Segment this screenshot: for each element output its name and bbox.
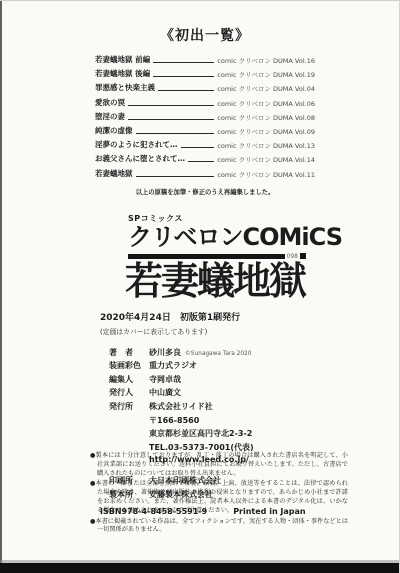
chapter-source: comic クリベロン DUMA Vol.06 (217, 99, 315, 108)
chapter-source: comic クリベロン DUMA Vol.11 (217, 170, 315, 179)
list-item: 若妻蟻地獄 comic クリベロン DUMA Vol.11 (95, 168, 315, 179)
leader-line (181, 147, 215, 148)
leader-line (136, 133, 215, 134)
leader-line (136, 176, 215, 177)
leader-line (128, 119, 214, 120)
street-address: 東京都杉並区高円寺北2-3-2 (149, 428, 315, 439)
edition-block: 2020年4月24日 初版第1刷発行 (定価はカバーに表示してあります) (100, 310, 315, 336)
chapter-title: 若妻蟻地獄 (95, 168, 133, 179)
notice-fiction: ●本書に掲載されている作品は、全てフィクションです。実在する人物・団体・事件など… (90, 518, 348, 536)
chapter-title: 純潔の虚像 (95, 125, 133, 136)
chapter-source: comic クリベロン DUMA Vol.09 (217, 127, 315, 136)
credit-label: 装画彩色 (109, 360, 149, 371)
leader-line (153, 76, 214, 77)
credit-label: 発行人 (109, 387, 149, 398)
list-item: 若妻蟻地獄 後編 comic クリベロン DUMA Vol.19 (95, 68, 315, 79)
content-column: 《初出一覧》 若妻蟻地獄 前編 comic クリベロン DUMA Vol.16 … (95, 25, 315, 516)
credit-label: 著 者 (109, 347, 149, 358)
credit-label: 編集人 (109, 374, 149, 385)
credit-row-editor: 編集人 寺岡卓哉 (109, 374, 315, 385)
list-item: 愛欲の罠 comic クリベロン DUMA Vol.06 (95, 97, 315, 108)
reedit-note: 以上の原稿を加筆・修正のうえ再編集しました。 (95, 187, 315, 196)
chapter-title: 若妻蟻地獄 後編 (95, 68, 150, 79)
chapter-source: comic クリベロン DUMA Vol.19 (217, 70, 315, 79)
credit-value: 寺岡卓哉 (149, 374, 181, 385)
price-note: (定価はカバーに表示してあります) (100, 326, 315, 336)
chapter-title: 淫夢のように犯されて… (95, 139, 178, 150)
credit-row-publisher-company: 発行所 株式会社リイド社 (109, 401, 315, 412)
list-item: 堕淫の妻 comic クリベロン DUMA Vol.08 (95, 111, 315, 122)
chapter-title: 堕淫の妻 (95, 111, 125, 122)
notice-copyright: ●本書の一部または全部を無断で複製、転載、上演、放送等をすることは、法律で認めら… (90, 480, 348, 515)
first-publication-list: 若妻蟻地獄 前編 comic クリベロン DUMA Vol.16 若妻蟻地獄 後… (95, 54, 315, 179)
colophon-page: 《初出一覧》 若妻蟻地獄 前編 comic クリベロン DUMA Vol.16 … (0, 0, 400, 573)
credit-row-coloring: 装画彩色 重力式ラジオ (109, 360, 315, 371)
imprint-series-large: クリベロンCOMiCS (128, 225, 306, 250)
imprint-series-small: SPコミックス (128, 213, 306, 224)
book-title: 若妻蟻地獄 (125, 262, 317, 302)
imprint-logo: SPコミックス クリベロンCOMiCS 098 (128, 213, 306, 260)
leader-line (158, 90, 214, 91)
legal-notices: ●製本には十分注意しておりますが、乱丁・落丁の場合は購入された書店名を明記して、… (90, 452, 348, 535)
chapter-title: 罪悪感と快楽主義 (95, 82, 155, 93)
list-item: 若妻蟻地獄 前編 comic クリベロン DUMA Vol.16 (95, 54, 315, 65)
scan-edge-left (0, 1, 2, 573)
credit-value: 中山廣文 (149, 387, 181, 398)
notice-binding: ●製本には十分注意しておりますが、乱丁・落丁の場合は購入された書店名を明記して、… (90, 452, 348, 478)
leader-line (153, 62, 214, 63)
first-publication-header: 《初出一覧》 (95, 25, 315, 45)
credit-value: 砂川多良 (149, 347, 181, 358)
credit-row-author: 著 者 砂川多良 ©Sunagawa Tara 2020 (109, 347, 315, 358)
copyright-notice: ©Sunagawa Tara 2020 (185, 351, 251, 357)
chapter-source: comic クリベロン DUMA Vol.04 (217, 84, 315, 93)
postal-code: 〒166-8560 (149, 415, 315, 426)
chapter-title: お義父さんに堕とされて… (95, 153, 185, 164)
chapter-source: comic クリベロン DUMA Vol.13 (217, 141, 315, 150)
chapter-title: 愛欲の罠 (95, 97, 125, 108)
credit-value: 株式会社リイド社 (149, 401, 213, 412)
chapter-source: comic クリベロン DUMA Vol.08 (217, 113, 315, 122)
leader-line (128, 105, 214, 106)
chapter-title: 若妻蟻地獄 前編 (95, 54, 150, 65)
chapter-source: comic クリベロン DUMA Vol.16 (217, 56, 315, 65)
list-item: 純潔の虚像 comic クリベロン DUMA Vol.09 (95, 125, 315, 136)
edition-date: 2020年4月24日 初版第1刷発行 (100, 310, 315, 323)
list-item: お義父さんに堕とされて… comic クリベロン DUMA Vol.14 (95, 153, 315, 164)
list-item: 淫夢のように犯されて… comic クリベロン DUMA Vol.13 (95, 139, 315, 150)
list-item: 罪悪感と快楽主義 comic クリベロン DUMA Vol.04 (95, 82, 315, 93)
credit-value: 重力式ラジオ (149, 360, 197, 371)
chapter-source: comic クリベロン DUMA Vol.14 (217, 155, 315, 164)
credits-block: 著 者 砂川多良 ©Sunagawa Tara 2020 装画彩色 重力式ラジオ… (109, 347, 315, 412)
credit-row-publisher-person: 発行人 中山廣文 (109, 387, 315, 398)
scan-edge-bottom (0, 563, 399, 573)
leader-line (188, 161, 214, 162)
credit-label: 発行所 (109, 401, 149, 412)
